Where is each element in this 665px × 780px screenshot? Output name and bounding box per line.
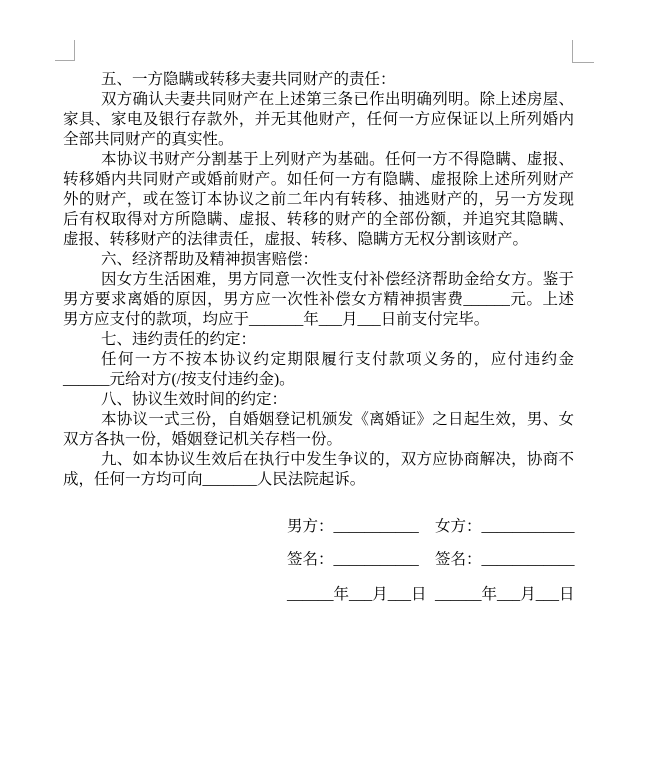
para-effective-date: 本协议一式三份，自婚姻登记机颁发《离婚证》之日起生效，男、女双方各执一份，婚姻登… <box>63 410 574 450</box>
signature-party-row: 男方：___________ 女方：____________ <box>287 517 574 537</box>
husband-signature-line: ___________ <box>334 518 419 535</box>
para-economic-help-compensation: 因女方生活困难，男方同意一次性支付补偿经济帮助金给女方。鉴于男方要求离婚的原因，… <box>63 270 574 330</box>
text-boundary-mark-top-right-icon <box>572 40 594 63</box>
sign-name-cell-left: 签名：___________ <box>287 550 435 570</box>
document-body: 五、一方隐瞒或转移夫妻共同财产的责任： 双方确认夫妻共同财产在上述第三条已作出明… <box>63 70 574 605</box>
date-line-right: ______年___月___日 <box>435 585 575 605</box>
section-heading-5: 五、一方隐瞒或转移夫妻共同财产的责任： <box>63 70 574 90</box>
wife-label: 女方： <box>435 518 482 535</box>
section-heading-8: 八、协议生效时间的约定： <box>63 390 574 410</box>
sign-name-line-right: ____________ <box>482 551 575 568</box>
sign-name-label-left: 签名： <box>287 551 334 568</box>
section-heading-6: 六、经济帮助及精神损害赔偿： <box>63 250 574 270</box>
document-page: { "colors": { "text": "#000000", "page_b… <box>0 0 665 780</box>
para-breach-liability: 任何一方不按本协议约定期限履行支付款项义务的，应付违约金______元给对方(/… <box>63 350 574 390</box>
para-dispute-resolution: 九、如本协议生效后在执行中发生争议的，双方应协商解决，协商不成，任何一方均可向_… <box>63 450 574 490</box>
date-line-left: ______年___月___日 <box>287 585 435 605</box>
para-property-division-basis: 本协议书财产分割基于上列财产为基础。任何一方不得隐瞒、虚报、转移婚内共同财产或婚… <box>63 150 574 250</box>
husband-label: 男方： <box>287 518 334 535</box>
signature-block: 男方：___________ 女方：____________ 签名：______… <box>63 517 574 605</box>
wife-cell: 女方：____________ <box>435 517 575 537</box>
husband-cell: 男方：___________ <box>287 517 435 537</box>
signature-name-row: 签名：___________ 签名：____________ <box>287 550 574 570</box>
para-property-confirmation: 双方确认夫妻共同财产在上述第三条已作出明确列明。除上述房屋、家具、家电及银行存款… <box>63 90 574 150</box>
wife-signature-line: ____________ <box>482 518 575 535</box>
sign-name-cell-right: 签名：____________ <box>435 550 575 570</box>
text-boundary-mark-top-left-icon <box>55 40 75 61</box>
sign-name-label-right: 签名： <box>435 551 482 568</box>
sign-name-line-left: ___________ <box>334 551 419 568</box>
section-heading-7: 七、违约责任的约定： <box>63 330 574 350</box>
signature-date-row: ______年___月___日 ______年___月___日 <box>287 585 574 605</box>
